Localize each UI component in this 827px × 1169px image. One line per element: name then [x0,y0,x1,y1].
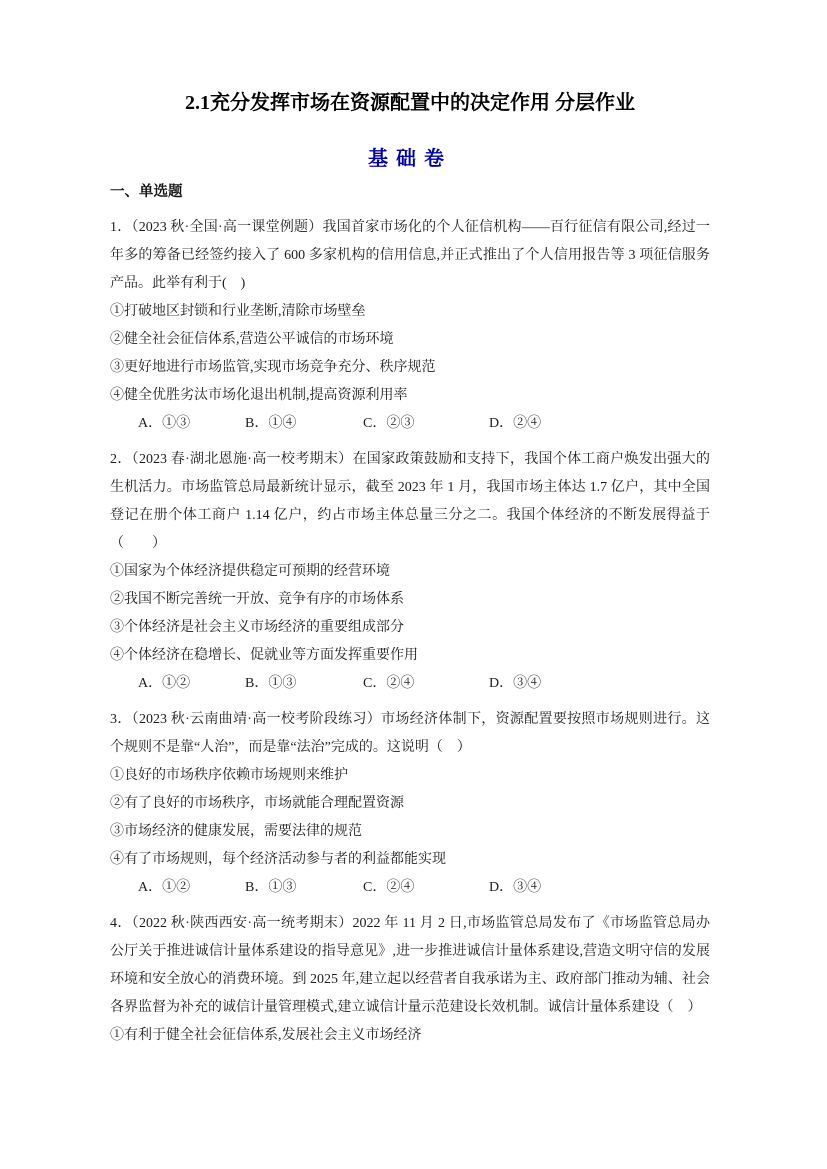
question-1: 1．（2023 秋·全国·高一课堂例题）我国首家市场化的个人征信机构——百行征信… [110,214,710,438]
choice-b: B．①③ [245,670,363,698]
answer-choices-row: A．①② B．①③ C．②④ D．③④ [110,874,710,902]
answer-choices-row: A．①③ B．①④ C．②③ D．②④ [110,410,710,438]
choice-b: B．①③ [245,874,363,902]
choice-c: C．②③ [363,410,489,438]
question-option-1: ①良好的市场秩序依赖市场规则来维护 [110,762,710,790]
choice-c: C．②④ [363,874,489,902]
question-stem: 2．（2023 春·湖北恩施·高一校考期末）在国家政策鼓励和支持下，我国个体工商… [110,446,710,558]
question-4: 4．（2022 秋·陕西西安·高一统考期末）2022 年 11 月 2 日,市场… [110,910,710,1050]
question-option-4: ④有了市场规则，每个经济活动参与者的利益都能实现 [110,846,710,874]
question-stem: 3．（2023 秋·云南曲靖·高一校考阶段练习）市场经济体制下，资源配置要按照市… [110,706,710,762]
document-page: 2.1充分发挥市场在资源配置中的决定作用 分层作业 基础卷 一、单选题 1．（2… [0,0,827,1050]
choice-d: D．③④ [489,670,710,698]
question-option-1: ①打破地区封锁和行业垄断,清除市场壁垒 [110,298,710,326]
choice-b: B．①④ [245,410,363,438]
choice-a: A．①② [138,874,245,902]
section-heading: 一、单选题 [110,180,710,204]
question-option-2: ②有了良好的市场秩序，市场就能合理配置资源 [110,790,710,818]
question-option-3: ③市场经济的健康发展，需要法律的规范 [110,818,710,846]
question-stem: 1．（2023 秋·全国·高一课堂例题）我国首家市场化的个人征信机构——百行征信… [110,214,710,298]
choice-a: A．①② [138,670,245,698]
answer-choices-row: A．①② B．①③ C．②④ D．③④ [110,670,710,698]
page-title: 2.1充分发挥市场在资源配置中的决定作用 分层作业 [110,88,710,118]
question-option-4: ④个体经济在稳增长、促就业等方面发挥重要作用 [110,642,710,670]
question-option-1: ①国家为个体经济提供稳定可预期的经营环境 [110,558,710,586]
choice-d: D．②④ [489,410,710,438]
paper-level-heading: 基础卷 [110,144,710,174]
choice-d: D．③④ [489,874,710,902]
question-3: 3．（2023 秋·云南曲靖·高一校考阶段练习）市场经济体制下，资源配置要按照市… [110,706,710,902]
question-2: 2．（2023 春·湖北恩施·高一校考期末）在国家政策鼓励和支持下，我国个体工商… [110,446,710,698]
question-option-3: ③个体经济是社会主义市场经济的重要组成部分 [110,614,710,642]
choice-c: C．②④ [363,670,489,698]
question-option-4: ④健全优胜劣汰市场化退出机制,提高资源利用率 [110,382,710,410]
question-stem: 4．（2022 秋·陕西西安·高一统考期末）2022 年 11 月 2 日,市场… [110,910,710,1022]
question-option-1: ①有利于健全社会征信体系,发展社会主义市场经济 [110,1022,710,1050]
question-option-2: ②健全社会征信体系,营造公平诚信的市场环境 [110,326,710,354]
question-option-2: ②我国不断完善统一开放、竞争有序的市场体系 [110,586,710,614]
choice-a: A．①③ [138,410,245,438]
question-option-3: ③更好地进行市场监管,实现市场竞争充分、秩序规范 [110,354,710,382]
